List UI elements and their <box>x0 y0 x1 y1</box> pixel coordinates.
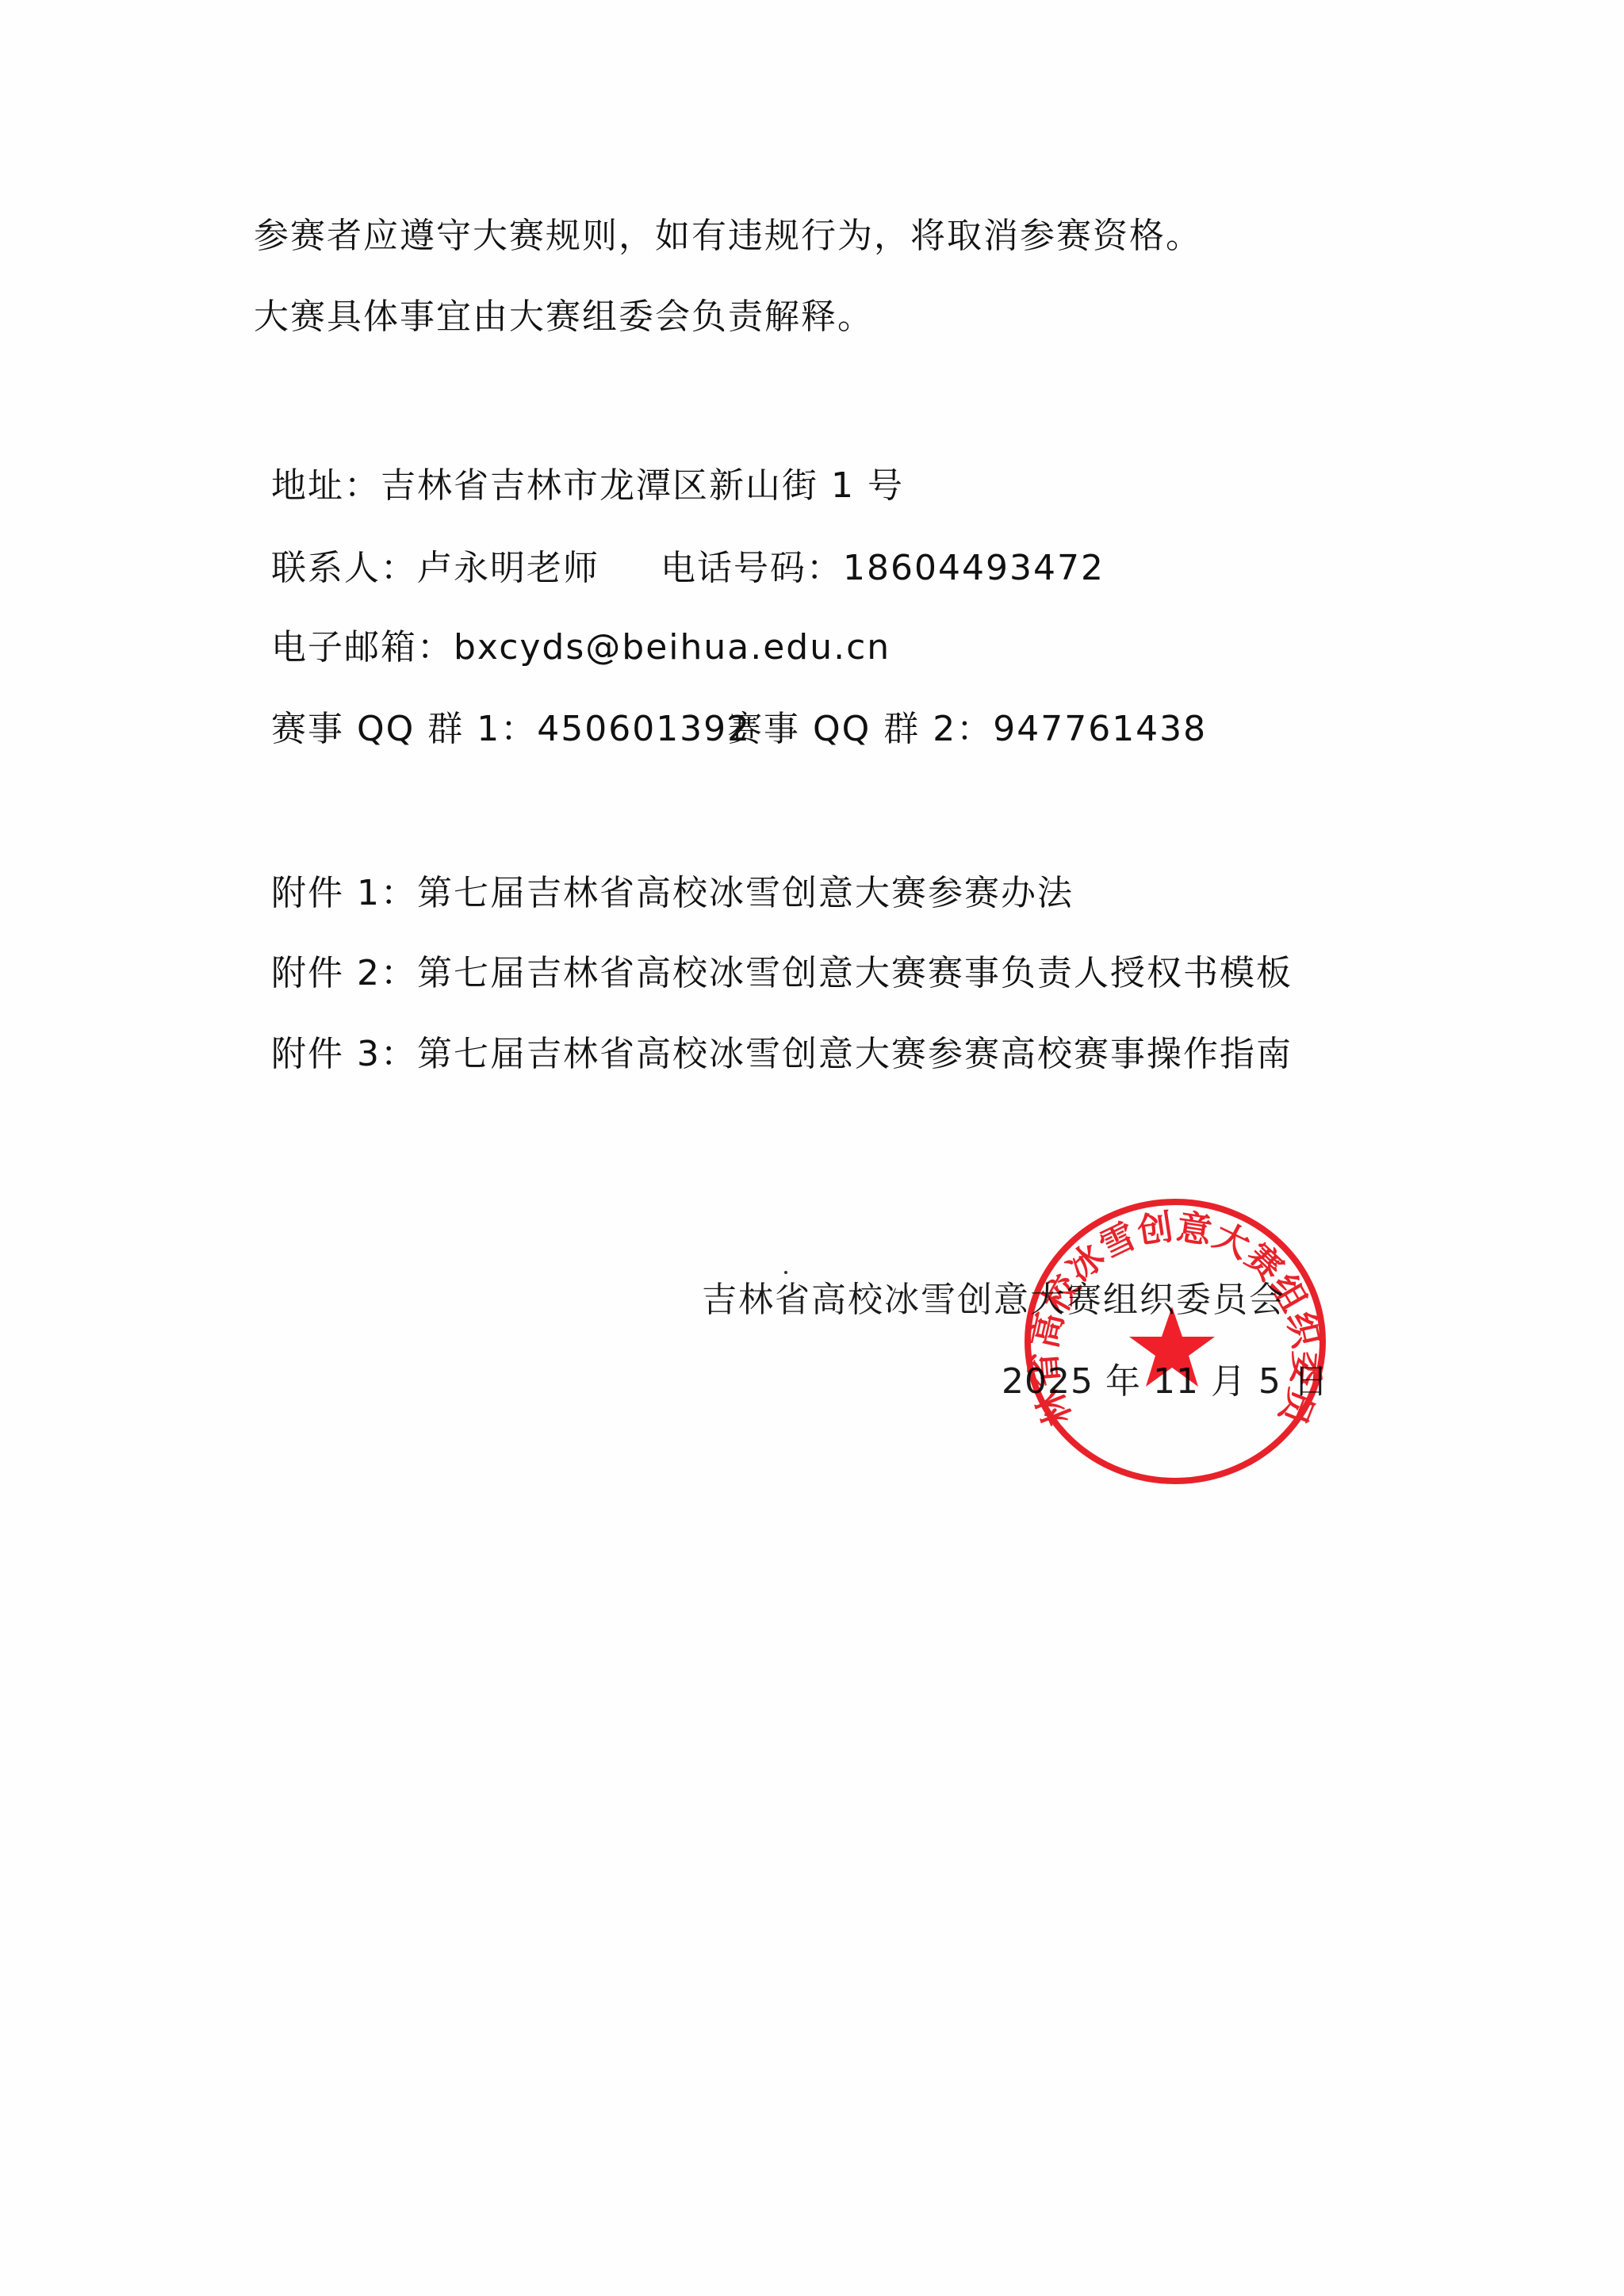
signature-organization: 吉林省高校冰雪创意大赛组织委员会 <box>702 1278 1285 1322</box>
attachment-item-2: 附件 2：第七届吉林省高校冰雪创意大赛赛事负责人授权书模板 <box>271 951 1293 996</box>
attachment-label: 附件 3： <box>271 1034 417 1074</box>
rules-paragraph: 参赛者应遵守大赛规则，如有违规行为，将取消参赛资格。 <box>254 214 1202 258</box>
attachment-item-1: 附件 1：第七届吉林省高校冰雪创意大赛参赛办法 <box>271 871 1074 916</box>
official-seal: 吉林省高校冰雪创意大赛组织委员会 <box>1020 1194 1331 1489</box>
qq-group-1-value: 450601392 <box>537 709 751 749</box>
qq-group-2: 赛事 QQ 群 2：947761438 <box>727 707 1207 752</box>
address-line: 地址：吉林省吉林市龙潭区新山街 1 号 <box>271 464 904 508</box>
attachment-item-3: 附件 3：第七届吉林省高校冰雪创意大赛参赛高校赛事操作指南 <box>271 1032 1293 1077</box>
email-line: 电子邮箱：bxcyds@beihua.edu.cn <box>271 626 891 670</box>
phone-field: 电话号码：18604493472 <box>661 546 1105 591</box>
signature-date: 2025 年 11 月 5 日 <box>1002 1360 1329 1404</box>
attachment-label: 附件 1： <box>271 873 417 913</box>
qq-group-1-label: 赛事 QQ 群 1： <box>271 709 537 749</box>
email-label: 电子邮箱： <box>271 627 454 668</box>
contact-person-value: 卢永明老师 <box>417 548 599 588</box>
qq-group-1: 赛事 QQ 群 1：450601392 <box>271 709 751 749</box>
document-page: 参赛者应遵守大赛规则，如有违规行为，将取消参赛资格。 大赛具体事宜由大赛组委会负… <box>0 0 1624 2296</box>
qq-group-2-value: 947761438 <box>993 709 1207 749</box>
phone-value: 18604493472 <box>843 548 1105 588</box>
attachment-label: 附件 2： <box>271 953 417 993</box>
contact-person-label: 联系人： <box>271 548 417 588</box>
qq-group-2-label: 赛事 QQ 群 2： <box>727 709 993 749</box>
phone-label: 电话号码： <box>661 548 843 588</box>
contact-person-line: 联系人：卢永明老师 电话号码：18604493472 <box>271 546 1381 591</box>
interpretation-paragraph: 大赛具体事宜由大赛组委会负责解释。 <box>254 295 874 339</box>
email-link[interactable]: bxcyds@beihua.edu.cn <box>454 627 891 668</box>
address-value: 吉林省吉林市龙潭区新山街 1 号 <box>381 465 904 506</box>
stray-mark <box>784 1271 787 1274</box>
address-label: 地址： <box>271 465 381 506</box>
attachment-title: 第七届吉林省高校冰雪创意大赛参赛高校赛事操作指南 <box>417 1034 1293 1074</box>
attachment-title: 第七届吉林省高校冰雪创意大赛参赛办法 <box>417 873 1074 913</box>
attachment-title: 第七届吉林省高校冰雪创意大赛赛事负责人授权书模板 <box>417 953 1293 993</box>
qq-groups-line: 赛事 QQ 群 1：450601392 赛事 QQ 群 2：947761438 <box>271 707 1381 752</box>
